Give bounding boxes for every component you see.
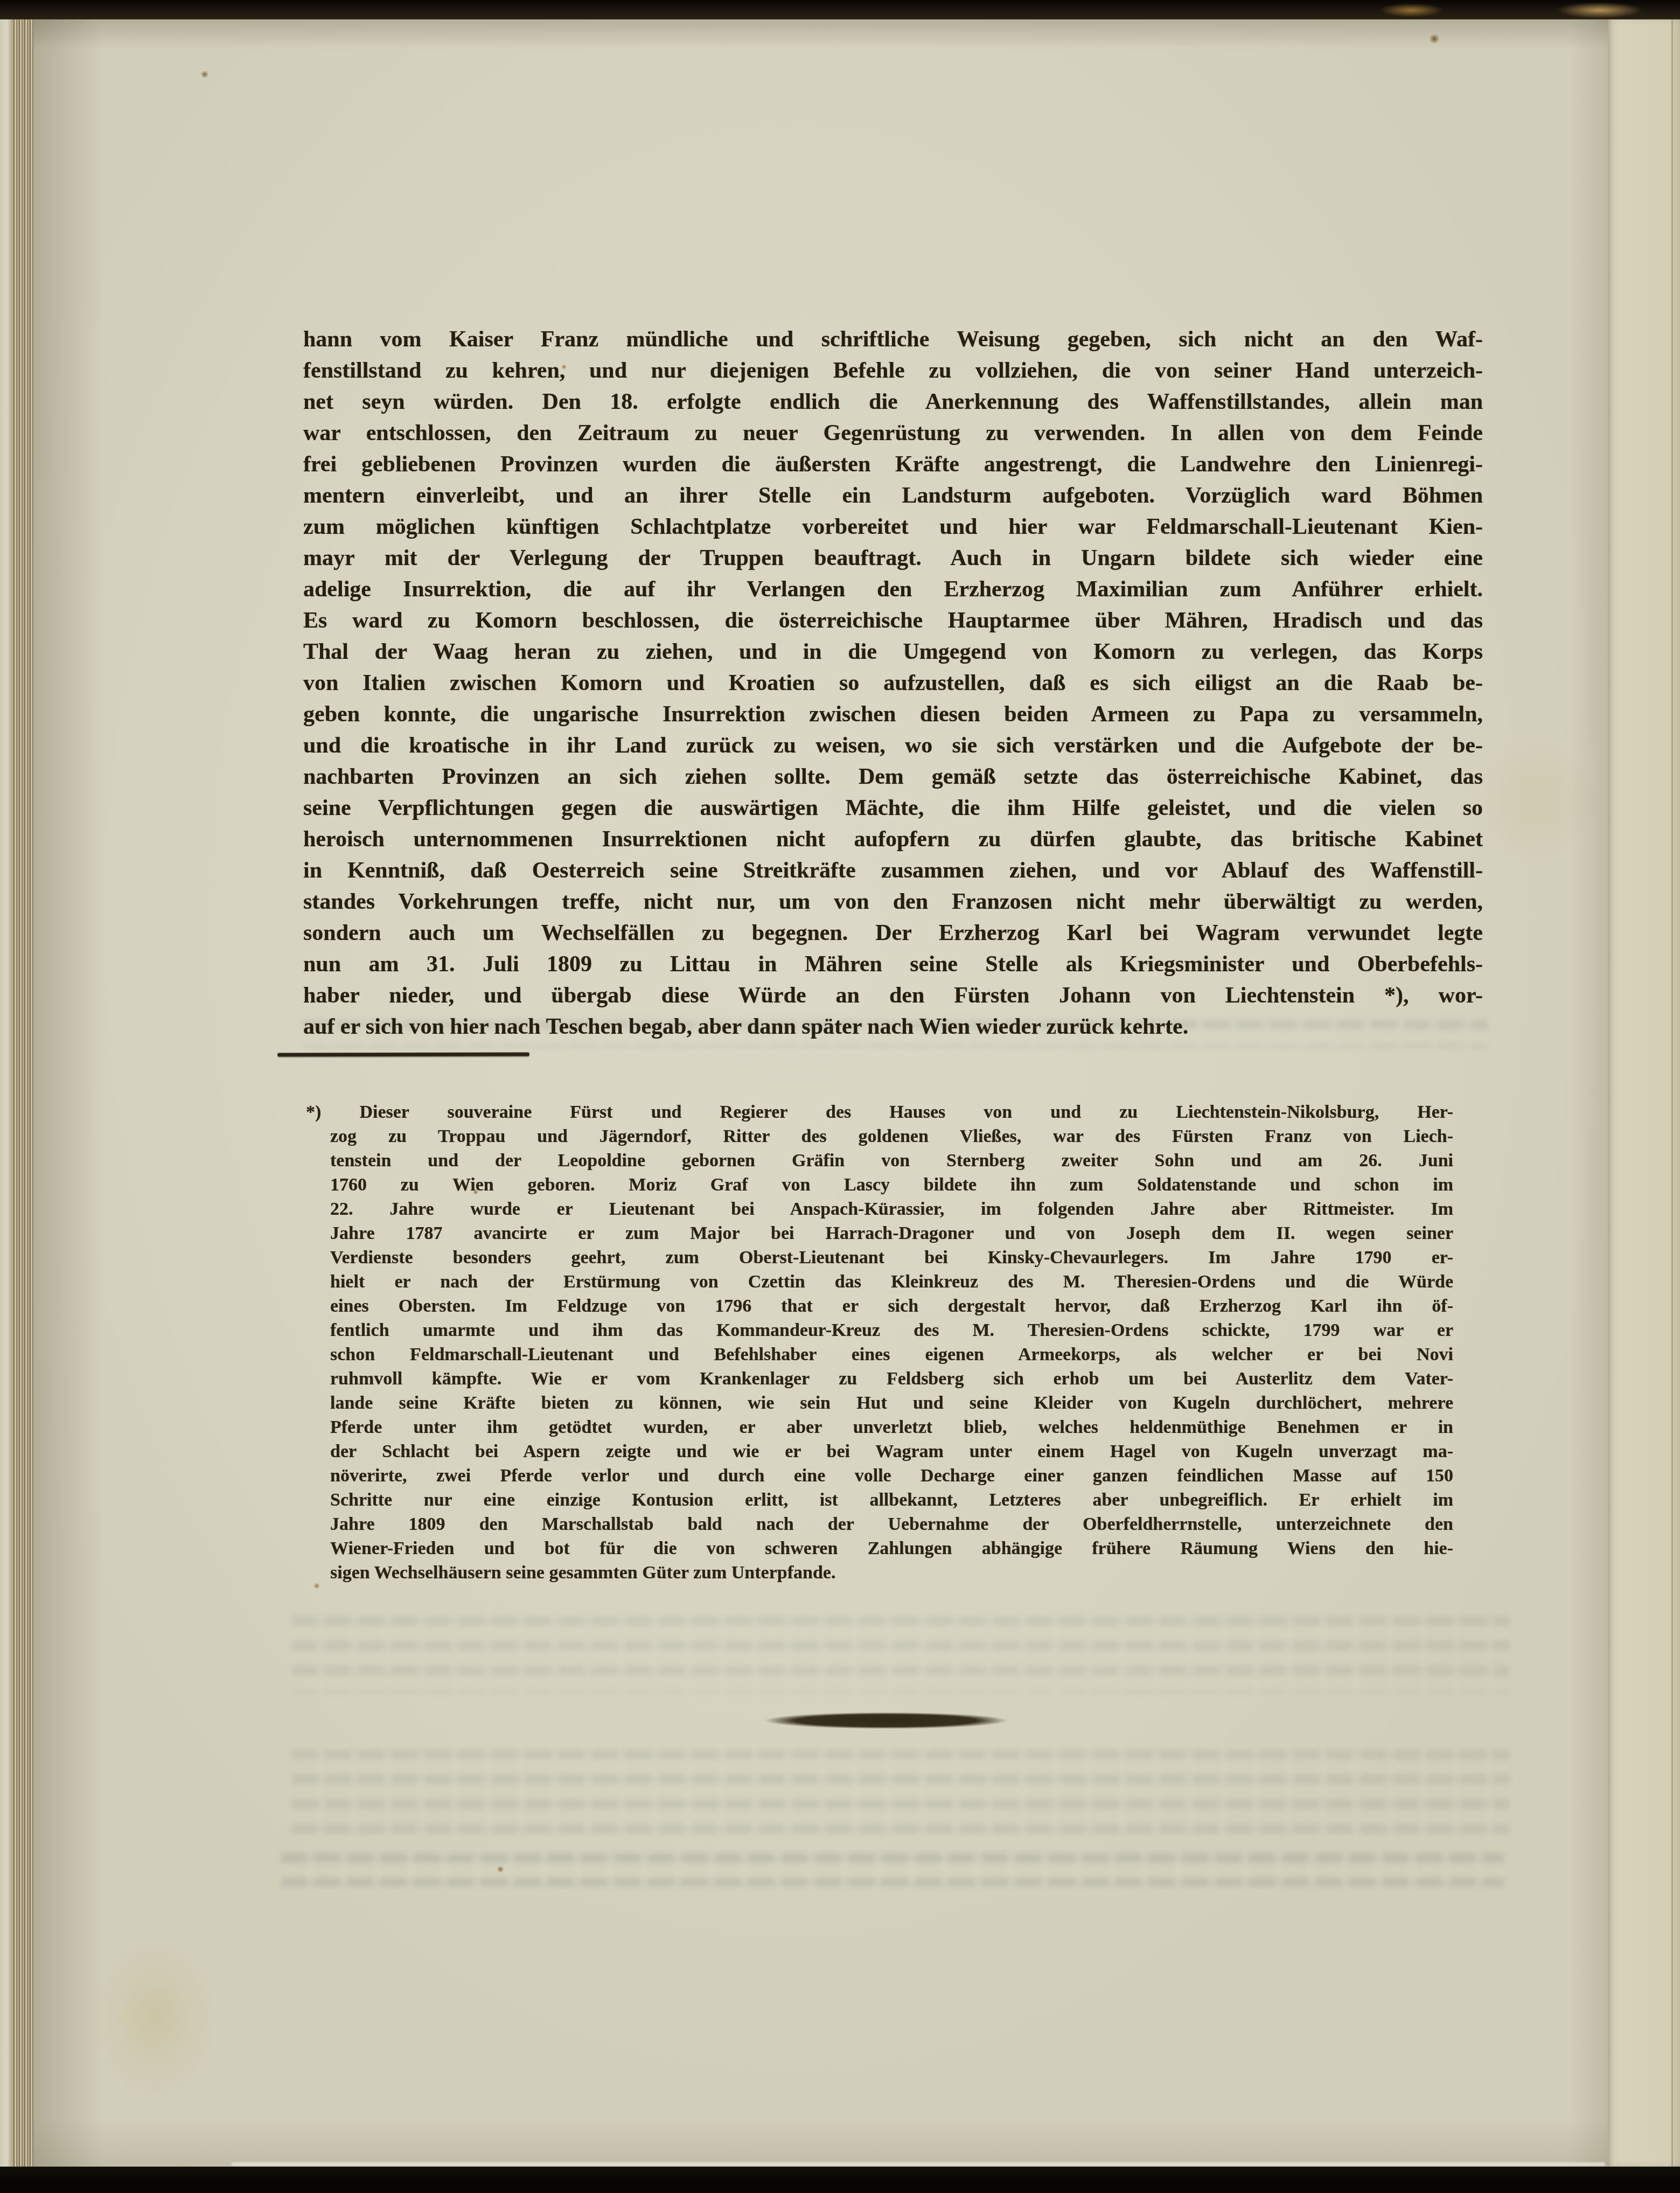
paragraph-line: geben konnte, die ungarische Insurrektio… <box>303 699 1483 730</box>
footnote-line: 22. Jahre wurde er Lieutenant bei Anspac… <box>306 1197 1453 1221</box>
page-bottom-edge-highlight <box>232 2162 1605 2166</box>
footnote-separator-rule <box>277 1053 529 1057</box>
paragraph-line: net seyn würden. Den 18. erfolgte endlic… <box>303 386 1483 417</box>
book-scan: hann vom Kaiser Franz mündliche und schr… <box>0 0 1680 2193</box>
footnote-line: Jahre 1787 avancirte er zum Major bei Ha… <box>306 1221 1453 1245</box>
footnote-line: schon Feldmarschall-Lieutenant und Befeh… <box>306 1342 1453 1367</box>
paragraph-line: Es ward zu Komorn beschlossen, die öster… <box>303 605 1483 636</box>
page-edge-line <box>1671 19 1673 2167</box>
footnote-line: zog zu Troppau und Jägerndorf, Ritter de… <box>306 1124 1453 1148</box>
footnote-line: Jahre 1809 den Marschallstab bald nach d… <box>306 1512 1453 1536</box>
paragraph-line: haber nieder, und übergab diese Würde an… <box>303 980 1483 1011</box>
paragraph-line: nun am 31. Juli 1809 zu Littau in Mähren… <box>303 949 1483 980</box>
book-cover-bottom-edge <box>0 2167 1680 2193</box>
paragraph-line: seine Verpflichtungen gegen die auswärti… <box>303 792 1483 824</box>
cover-glint <box>1379 3 1444 17</box>
paragraph-line: adelige Insurrektion, die auf ihr Verlan… <box>303 574 1483 605</box>
footnote-line: ruhmvoll kämpfte. Wie er vom Krankenlage… <box>306 1367 1453 1391</box>
bleedthrough-text-band <box>292 1616 1509 1693</box>
footnote-line: *) Dieser souveraine Fürst und Regierer … <box>306 1100 1453 1124</box>
underlying-page-right <box>1608 19 1680 2167</box>
section-divider-ornament <box>712 1709 1059 1732</box>
footnote-line: növerirte, zwei Pferde verlor und durch … <box>306 1464 1453 1488</box>
footnote-line: fentlich umarmte und ihm das Kommandeur-… <box>306 1318 1453 1342</box>
footnote-line: sigen Wechselhäusern seine gesammten Güt… <box>306 1561 1453 1585</box>
paragraph-line: von Italien zwischen Komorn und Kroatien… <box>303 667 1483 699</box>
paragraph-line: Thal der Waag heran zu ziehen, und in di… <box>303 636 1483 667</box>
paragraph-line: mentern einverleibt, und an ihrer Stelle… <box>303 480 1483 511</box>
paragraph-line: mayr mit der Verlegung der Truppen beauf… <box>303 542 1483 574</box>
footnote-line: lande seine Kräfte bieten zu können, wie… <box>306 1391 1453 1415</box>
footnote-line: hielt er nach der Erstürmung von Czettin… <box>306 1270 1453 1294</box>
paragraph-line: zum möglichen künftigen Schlachtplatze v… <box>303 511 1483 542</box>
footnote-line: 1760 zu Wien geboren. Moriz Graf von Las… <box>306 1173 1453 1197</box>
paragraph-line: war entschlossen, den Zeitraum zu neuer … <box>303 417 1483 449</box>
paragraph-line: heroisch unternommenen Insurrektionen ni… <box>303 824 1483 855</box>
previous-page-edge <box>0 19 12 2167</box>
main-paragraph: hann vom Kaiser Franz mündliche und schr… <box>303 324 1483 1042</box>
footnote-line: Pferde unter ihm getödtet wurden, er abe… <box>306 1415 1453 1439</box>
paper-stain <box>1477 730 1595 871</box>
foxing-spot <box>1428 34 1440 43</box>
footnote-line: Verdienste besonders geehrt, zum Oberst-… <box>306 1245 1453 1270</box>
footnote: *) Dieser souveraine Fürst und Regierer … <box>306 1100 1453 1585</box>
footnote-line: Schritte nur eine einzige Kontusion erli… <box>306 1488 1453 1512</box>
paragraph-line: standes Vorkehrungen treffe, nicht nur, … <box>303 886 1483 917</box>
paragraph-line: sondern auch um Wechselfällen zu begegne… <box>303 917 1483 949</box>
paragraph-line: in Kenntniß, daß Oesterreich seine Strei… <box>303 855 1483 886</box>
paragraph-line: fenstillstand zu kehren, und nur diejeni… <box>303 355 1483 386</box>
bleedthrough-text-band <box>292 1750 1509 1835</box>
footnote-line: eines Obersten. Im Feldzuge von 1796 tha… <box>306 1294 1453 1318</box>
cover-glint <box>1557 2 1643 18</box>
paragraph-line: auf er sich von hier nach Teschen begab,… <box>303 1011 1483 1042</box>
footnote-line: tenstein und der Leopoldine gebornen Grä… <box>306 1148 1453 1173</box>
stacked-page-edges <box>12 19 33 2167</box>
paper-stain <box>93 1937 217 2099</box>
footnote-line: Wiener-Frieden und bot für die von schwe… <box>306 1536 1453 1561</box>
book-cover-top-edge <box>0 0 1680 19</box>
paragraph-line: und die kroatische in ihr Land zurück zu… <box>303 730 1483 761</box>
footnote-line: der Schlacht bei Aspern zeigte und wie e… <box>306 1439 1453 1464</box>
foxing-spot <box>200 71 209 78</box>
paragraph-line: nachbarten Provinzen an sich ziehen soll… <box>303 761 1483 792</box>
foxing-spot <box>497 1866 504 1872</box>
bleedthrough-text-band <box>281 1853 1504 1886</box>
book-page: hann vom Kaiser Franz mündliche und schr… <box>33 19 1608 2167</box>
paragraph-line: frei gebliebenen Provinzen wurden die äu… <box>303 449 1483 480</box>
paragraph-line: hann vom Kaiser Franz mündliche und schr… <box>303 324 1483 355</box>
